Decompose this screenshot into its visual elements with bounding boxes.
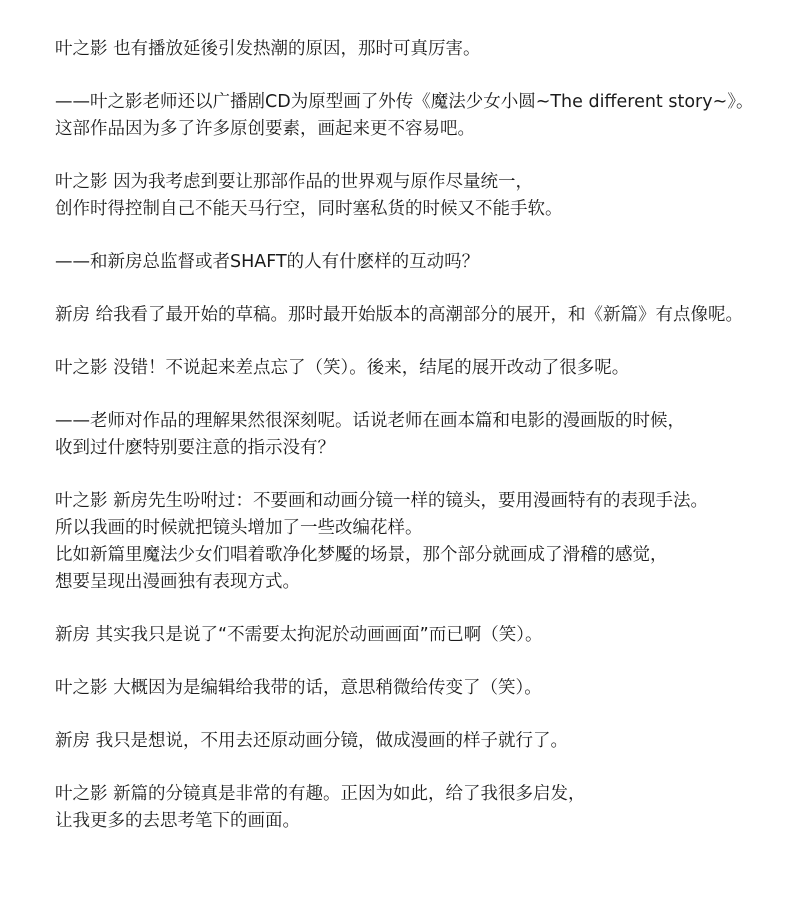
paragraph-speech: 新房 给我看了最开始的草稿。那时最开始版本的高潮部分的展开，和《新篇》有点像呢。 [55,302,774,329]
paragraph-speech: 叶之影 新篇的分镜真是非常的有趣。正因为如此，给了我很多启发， 让我更多的去思考… [55,781,774,835]
text-line: 比如新篇里魔法少女们唱着歌净化梦魘的场景，那个部分就画成了滑稽的感觉， [55,542,774,569]
paragraph-speech: 叶之影 因为我考虑到要让那部作品的世界观与原作尽量统一， 创作时得控制自己不能天… [55,169,774,223]
paragraph-speech: 新房 其实我只是说了“不需要太拘泥於动画画面”而已啊（笑）。 [55,622,774,649]
text-line: 叶之影 大概因为是编辑给我带的话，意思稍微给传变了（笑）。 [55,675,774,702]
paragraph-question: ——和新房总监督或者SHAFT的人有什麽样的互动吗？ [55,249,774,276]
text-line: ——老师对作品的理解果然很深刻呢。话说老师在画本篇和电影的漫画版的时候， [55,408,774,435]
paragraph-question: ——叶之影老师还以广播剧CD为原型画了外传《魔法少女小圆~The differe… [55,89,774,143]
text-line: ——和新房总监督或者SHAFT的人有什麽样的互动吗？ [55,249,774,276]
text-line: 叶之影 因为我考虑到要让那部作品的世界观与原作尽量统一， [55,169,774,196]
text-line: 想要呈现出漫画独有表现方式。 [55,569,774,596]
text-line: ——叶之影老师还以广播剧CD为原型画了外传《魔法少女小圆~The differe… [55,89,774,116]
text-line: 收到过什麽特别要注意的指示没有？ [55,435,774,462]
text-line: 叶之影 也有播放延後引发热潮的原因，那时可真厉害。 [55,36,774,63]
text-line: 叶之影 新篇的分镜真是非常的有趣。正因为如此，给了我很多启发， [55,781,774,808]
paragraph-speech: 叶之影 大概因为是编辑给我带的话，意思稍微给传变了（笑）。 [55,675,774,702]
text-line: 新房 其实我只是说了“不需要太拘泥於动画画面”而已啊（笑）。 [55,622,774,649]
paragraph-speech: 新房 我只是想说，不用去还原动画分镜，做成漫画的样子就行了。 [55,728,774,755]
text-line: 这部作品因为多了许多原创要素，画起来更不容易吧。 [55,116,774,143]
text-line: 创作时得控制自己不能天马行空，同时塞私货的时候又不能手软。 [55,196,774,223]
interview-transcript-page: 叶之影 也有播放延後引发热潮的原因，那时可真厉害。 ——叶之影老师还以广播剧CD… [0,0,800,915]
paragraph-speech: 叶之影 也有播放延後引发热潮的原因，那时可真厉害。 [55,36,774,63]
paragraph-question: ——老师对作品的理解果然很深刻呢。话说老师在画本篇和电影的漫画版的时候， 收到过… [55,408,774,462]
text-line: 叶之影 新房先生吩咐过：不要画和动画分镜一样的镜头，要用漫画特有的表现手法。 [55,488,774,515]
text-line: 新房 给我看了最开始的草稿。那时最开始版本的高潮部分的展开，和《新篇》有点像呢。 [55,302,774,329]
paragraph-speech: 叶之影 新房先生吩咐过：不要画和动画分镜一样的镜头，要用漫画特有的表现手法。 所… [55,488,774,596]
text-line: 新房 我只是想说，不用去还原动画分镜，做成漫画的样子就行了。 [55,728,774,755]
text-line: 让我更多的去思考笔下的画面。 [55,808,774,835]
paragraph-speech: 叶之影 没错！不说起来差点忘了（笑）。後来，结尾的展开改动了很多呢。 [55,355,774,382]
text-line: 叶之影 没错！不说起来差点忘了（笑）。後来，结尾的展开改动了很多呢。 [55,355,774,382]
text-line: 所以我画的时候就把镜头增加了一些改编花样。 [55,515,774,542]
